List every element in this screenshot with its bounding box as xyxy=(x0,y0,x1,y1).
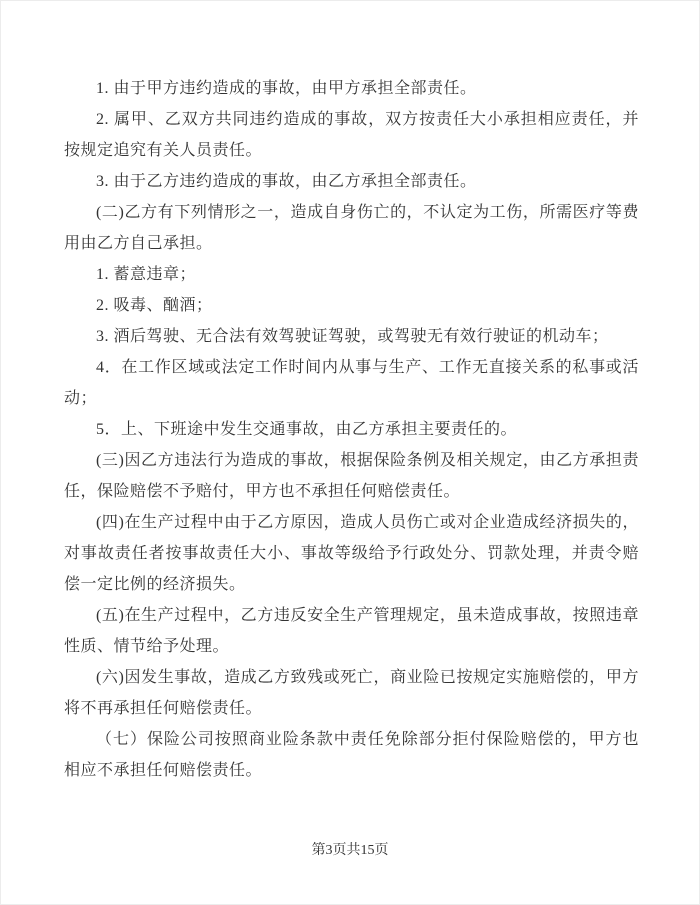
document-body: 1. 由于甲方违约造成的事故，由甲方承担全部责任。 2. 属甲、乙双方共同违约造… xyxy=(64,73,639,786)
document-page: 1. 由于甲方违约造成的事故，由甲方承担全部责任。 2. 属甲、乙双方共同违约造… xyxy=(0,0,700,905)
clause-paragraph: (三)因乙方违法行为造成的事故，根据保险条例及相关规定，由乙方承担责任，保险赔偿… xyxy=(64,445,639,507)
page-number-footer: 第3页共15页 xyxy=(1,841,699,861)
clause-paragraph: 5．上、下班途中发生交通事故，由乙方承担主要责任的。 xyxy=(64,414,639,445)
clause-paragraph: 3. 由于乙方违约造成的事故，由乙方承担全部责任。 xyxy=(64,166,639,197)
clause-paragraph: 2. 属甲、乙双方共同违约造成的事故，双方按责任大小承担相应责任，并按规定追究有… xyxy=(64,104,639,166)
clause-paragraph: （七）保险公司按照商业险条款中责任免除部分拒付保险赔偿的，甲方也相应不承担任何赔… xyxy=(64,724,639,786)
clause-paragraph: (二)乙方有下列情形之一，造成自身伤亡的，不认定为工伤，所需医疗等费用由乙方自己… xyxy=(64,197,639,259)
clause-paragraph: (四)在生产过程中由于乙方原因，造成人员伤亡或对企业造成经济损失的，对事故责任者… xyxy=(64,507,639,600)
clause-paragraph: 3. 酒后驾驶、无合法有效驾驶证驾驶，或驾驶无有效行驶证的机动车； xyxy=(64,321,639,352)
clause-paragraph: 1. 蓄意违章； xyxy=(64,259,639,290)
clause-paragraph: (六)因发生事故，造成乙方致残或死亡，商业险已按规定实施赔偿的，甲方将不再承担任… xyxy=(64,662,639,724)
clause-paragraph: 4．在工作区域或法定工作时间内从事与生产、工作无直接关系的私事或活动； xyxy=(64,352,639,414)
clause-paragraph: 2. 吸毒、酗酒； xyxy=(64,290,639,321)
clause-paragraph: (五)在生产过程中，乙方违反安全生产管理规定，虽未造成事故，按照违章性质、情节给… xyxy=(64,600,639,662)
clause-paragraph: 1. 由于甲方违约造成的事故，由甲方承担全部责任。 xyxy=(64,73,639,104)
